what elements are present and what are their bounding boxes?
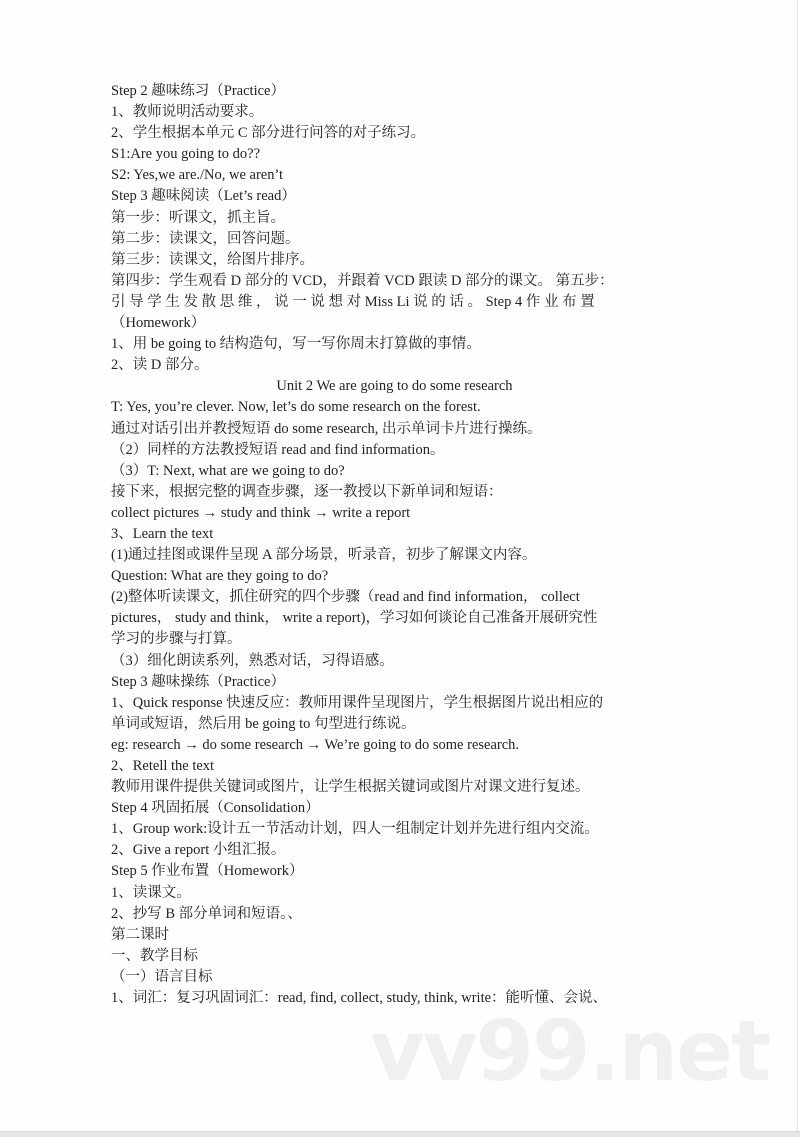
- text-line: 2、Give a report 小组汇报。: [111, 840, 678, 861]
- text-line: 学习的步骤与打算。: [111, 629, 678, 650]
- dialogue-line: S1:Are you going to do??: [111, 144, 678, 165]
- dialogue-line: S2: Yes,we are./No, we aren’t: [111, 165, 678, 186]
- document-page: Step 2 趣味练习（Practice） 1、教师说明活动要求。 2、学生根据…: [0, 0, 798, 1131]
- text-line: 1、词汇：复习巩固词汇：read, find, collect, study, …: [111, 988, 678, 1009]
- step2-heading: Step 2 趣味练习（Practice）: [111, 81, 678, 102]
- text-line: 接下来，根据完整的调查步骤，逐一教授以下新单词和短语：: [111, 482, 678, 503]
- document-body: Step 2 趣味练习（Practice） 1、教师说明活动要求。 2、学生根据…: [111, 81, 678, 1009]
- step3-heading: Step 3 趣味阅读（Let’s read）: [111, 186, 678, 207]
- lesson-heading: 第二课时: [111, 925, 678, 946]
- unit-title: Unit 2 We are going to do some research: [111, 376, 678, 397]
- text-line: 第三步：读课文，给图片排序。: [111, 250, 678, 271]
- text-line: 1、Quick response 快速反应：教师用课件呈现图片，学生根据图片说出…: [111, 693, 678, 714]
- text-line: 1、用 be going to 结构造句，写一写你周末打算做的事情。: [111, 334, 678, 355]
- step3-practice-heading: Step 3 趣味操练（Practice）: [111, 672, 678, 693]
- text-line: 2、学生根据本单元 C 部分进行问答的对子练习。: [111, 123, 678, 144]
- text-line: 教师用课件提供关键词或图片，让学生根据关键词或图片对课文进行复述。: [111, 777, 678, 798]
- text-line: (2)整体听读课文，抓住研究的四个步骤（read and find inform…: [111, 587, 678, 608]
- text-line: 第二步：读课文，回答问题。: [111, 229, 678, 250]
- text-line: eg: research → do some research → We’re …: [111, 735, 678, 756]
- section-heading: 3、Learn the text: [111, 524, 678, 545]
- text-line: 第四步：学生观看 D 部分的 VCD，并跟着 VCD 跟读 D 部分的课文。 第…: [111, 271, 678, 292]
- text-line: 1、Group work:设计五一节活动计划，四人一组制定计划并先进行组内交流。: [111, 819, 678, 840]
- section-heading: 一、教学目标: [111, 946, 678, 967]
- text-line: 单词或短语，然后用 be going to 句型进行练说。: [111, 714, 678, 735]
- text-line: 第一步：听课文，抓主旨。: [111, 208, 678, 229]
- text-line: (1)通过挂图或课件呈现 A 部分场景，听录音，初步了解课文内容。: [111, 545, 678, 566]
- step4-heading: Step 4 巩固拓展（Consolidation）: [111, 798, 678, 819]
- text-line: collect pictures → study and think → wri…: [111, 503, 678, 524]
- text-line: 1、教师说明活动要求。: [111, 102, 678, 123]
- watermark: vv99.net: [370, 1002, 769, 1100]
- step5-heading: Step 5 作业布置（Homework）: [111, 861, 678, 882]
- text-line: 2、Retell the text: [111, 756, 678, 777]
- text-line: pictures， study and think， write a repor…: [111, 608, 678, 629]
- text-line: （2）同样的方法教授短语 read and find information。: [111, 440, 678, 461]
- dialogue-line: T: Yes, you’re clever. Now, let’s do som…: [111, 397, 678, 418]
- text-line: 1、读课文。: [111, 883, 678, 904]
- text-line: 2、读 D 部分。: [111, 355, 678, 376]
- text-line: （Homework）: [111, 313, 678, 334]
- text-line: 通过对话引出并教授短语 do some research, 出示单词卡片进行操练…: [111, 419, 678, 440]
- page-bottom-edge: [0, 1131, 800, 1137]
- text-line: 2、抄写 B 部分单词和短语。、: [111, 904, 678, 925]
- text-line: （3）T: Next, what are we going to do?: [111, 461, 678, 482]
- text-line: Question: What are they going to do?: [111, 566, 678, 587]
- text-line: 引 导 学 生 发 散 思 维 ， 说 一 说 想 对 Miss Li 说 的 …: [111, 292, 678, 313]
- text-line: （3）细化朗读系列，熟悉对话，习得语感。: [111, 651, 678, 672]
- subsection-heading: （一）语言目标: [111, 967, 678, 988]
